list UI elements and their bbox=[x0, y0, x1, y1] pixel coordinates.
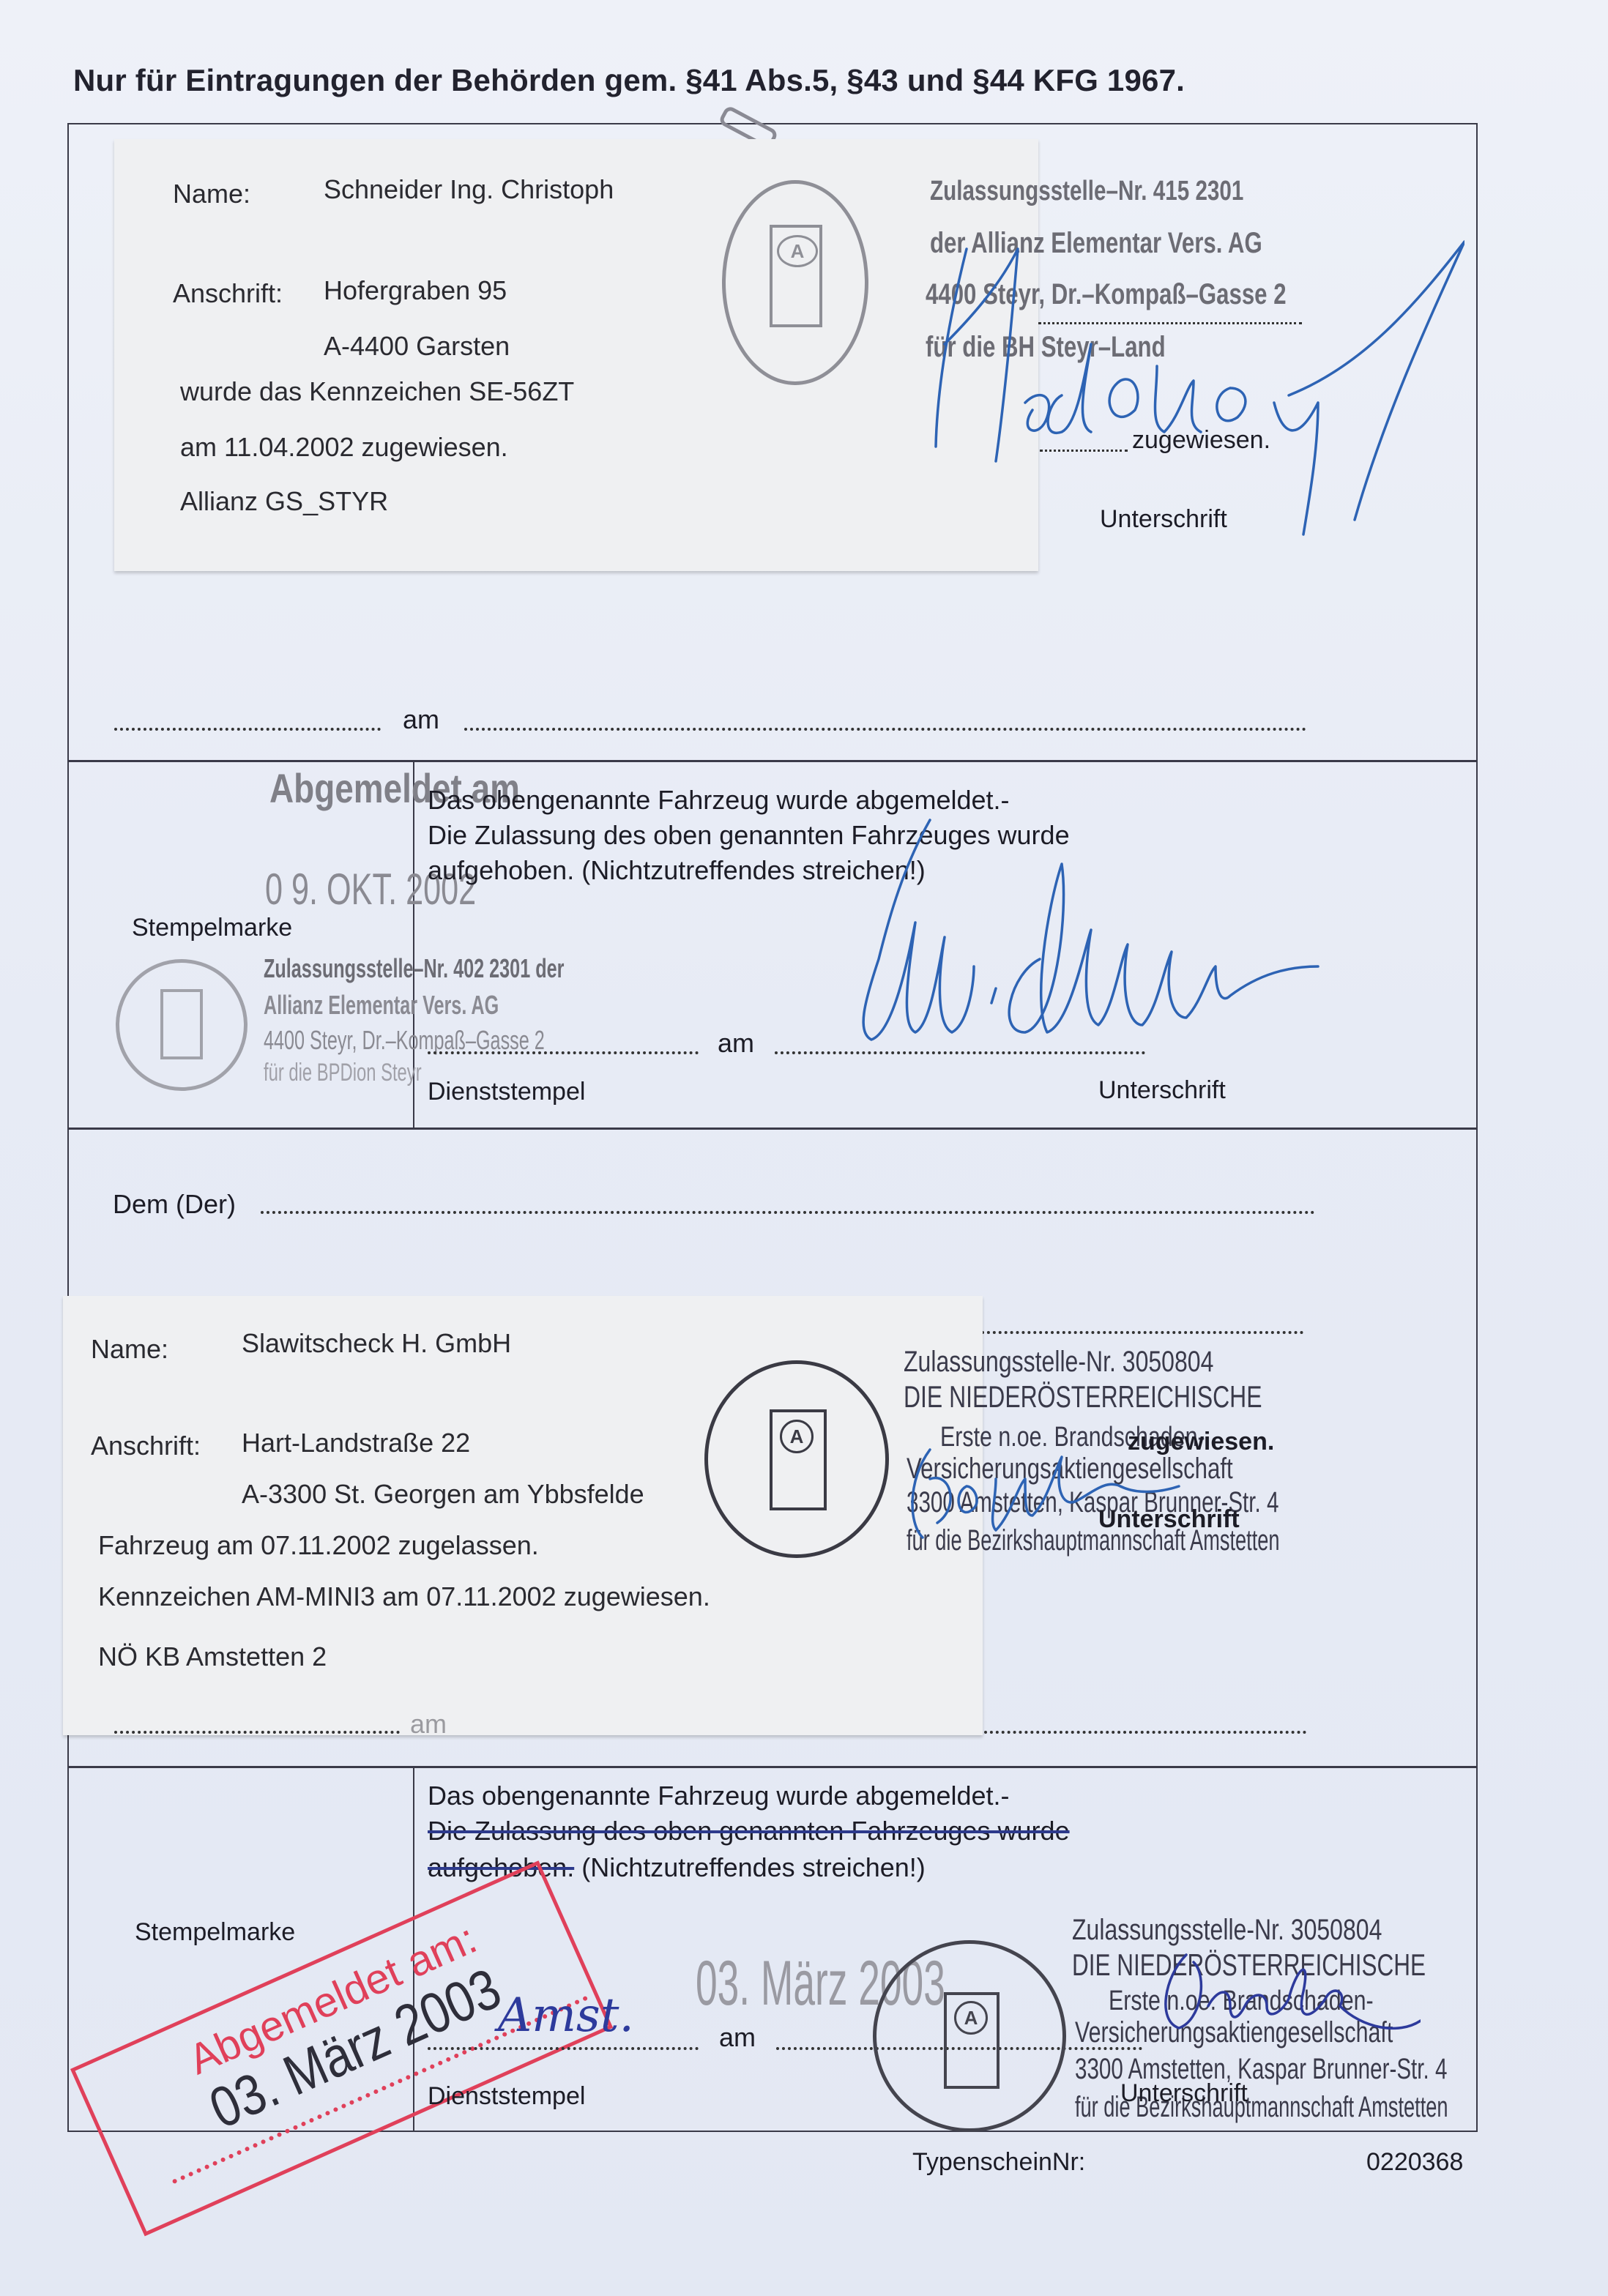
plate-assignment: Kennzeichen AM-MINI3 am 07.11.2002 zugew… bbox=[98, 1581, 710, 1612]
authority-stamp-line: Zulassungsstelle-Nr. 3050804 bbox=[904, 1346, 1213, 1379]
address-label: Anschrift: bbox=[91, 1431, 201, 1461]
dienststempel-label: Dienststempel bbox=[428, 1078, 585, 1106]
recipient-dotted-line bbox=[261, 1211, 1315, 1214]
address-label: Anschrift: bbox=[173, 278, 283, 309]
austria-emblem-icon: A bbox=[780, 1420, 814, 1453]
address-street: Hofergraben 95 bbox=[324, 275, 507, 306]
handwritten-signature bbox=[923, 220, 1464, 615]
place-dotted-line bbox=[114, 728, 381, 731]
signature-label: Unterschrift bbox=[1098, 1076, 1226, 1105]
authorization-seal: A bbox=[873, 1940, 1066, 2132]
stempelmarke-label: Stempelmarke bbox=[135, 1918, 295, 1947]
authorization-seal: A bbox=[704, 1360, 889, 1558]
typenschein-label: TypenscheinNr: bbox=[912, 2148, 1085, 2177]
date-dotted-line bbox=[984, 1731, 1306, 1734]
owner-name: Schneider Ing. Christoph bbox=[324, 174, 614, 205]
austria-emblem-icon: A bbox=[777, 235, 818, 267]
place-dotted-line bbox=[114, 1731, 400, 1734]
section-divider bbox=[67, 1127, 1478, 1130]
authority-stamp-line: für die BPDion Steyr bbox=[264, 1059, 422, 1087]
office-code: NÖ KB Amstetten 2 bbox=[98, 1641, 327, 1672]
date-dotted-line bbox=[464, 728, 1306, 731]
deregistration-text-line1: Das obengenannte Fahrzeug wurde abgemeld… bbox=[428, 785, 1010, 816]
authority-stamp-line: Allianz Elementar Vers. AG bbox=[264, 990, 499, 1021]
am-label: am bbox=[718, 1028, 754, 1059]
am-label: am bbox=[403, 704, 439, 735]
authorization-seal bbox=[116, 959, 247, 1091]
instruction-text: (Nichtzutreffendes streichen!) bbox=[574, 1852, 926, 1882]
am-label: am bbox=[719, 2022, 756, 2053]
place-dotted-line bbox=[428, 2047, 699, 2050]
dotted-line bbox=[981, 1331, 1303, 1334]
assignment-date: am 11.04.2002 zugewiesen. bbox=[180, 432, 508, 463]
document-page: Nur für Eintragungen der Behörden gem. §… bbox=[0, 0, 1608, 2296]
page-title: Nur für Eintragungen der Behörden gem. §… bbox=[73, 63, 1185, 98]
name-label: Name: bbox=[173, 179, 250, 209]
handwritten-signature bbox=[901, 1435, 1194, 1552]
plate-assignment: wurde das Kennzeichen SE-56ZT bbox=[180, 376, 574, 407]
address-city: A-3300 St. Georgen am Ybbsfelde bbox=[242, 1479, 644, 1510]
owner-name: Slawitscheck H. GmbH bbox=[242, 1328, 511, 1359]
handwritten-place: Amst. bbox=[498, 1988, 634, 2043]
address-city: A-4400 Garsten bbox=[324, 331, 510, 362]
am-label: am bbox=[410, 1709, 447, 1740]
registration-date: Fahrzeug am 07.11.2002 zugelassen. bbox=[98, 1530, 539, 1561]
handwritten-signature bbox=[849, 813, 1421, 1062]
dienststempel-label: Dienststempel bbox=[428, 2082, 585, 2111]
address-street: Hart-Landstraße 22 bbox=[242, 1428, 470, 1458]
stempelmarke-label: Stempelmarke bbox=[132, 914, 292, 942]
authority-stamp-line: Zulassungsstelle–Nr. 415 2301 bbox=[930, 176, 1243, 207]
authorization-seal: A bbox=[722, 180, 868, 385]
authority-stamp-line: DIE NIEDERÖSTERREICHISCHE bbox=[904, 1379, 1262, 1414]
austria-emblem-icon: A bbox=[954, 2001, 988, 2035]
authority-stamp-line: Zulassungsstelle–Nr. 402 2301 der bbox=[264, 953, 564, 984]
typenschein-number: 0220368 bbox=[1366, 2148, 1463, 2177]
name-label: Name: bbox=[91, 1334, 168, 1365]
section-divider bbox=[67, 760, 1478, 762]
deregistration-text-line2-struck: Die Zulassung des oben genannten Fahrzeu… bbox=[428, 1816, 1070, 1846]
deregistration-text-line1: Das obengenannte Fahrzeug wurde abgemeld… bbox=[428, 1781, 1010, 1811]
office-code: Allianz GS_STYR bbox=[180, 486, 388, 517]
place-dotted-line bbox=[428, 1051, 699, 1054]
dem-der-label: Dem (Der) bbox=[113, 1189, 236, 1220]
signature-label: Unterschrift bbox=[1120, 2079, 1248, 2108]
handwritten-signature bbox=[1128, 1933, 1421, 2065]
section-divider bbox=[67, 1766, 1478, 1768]
